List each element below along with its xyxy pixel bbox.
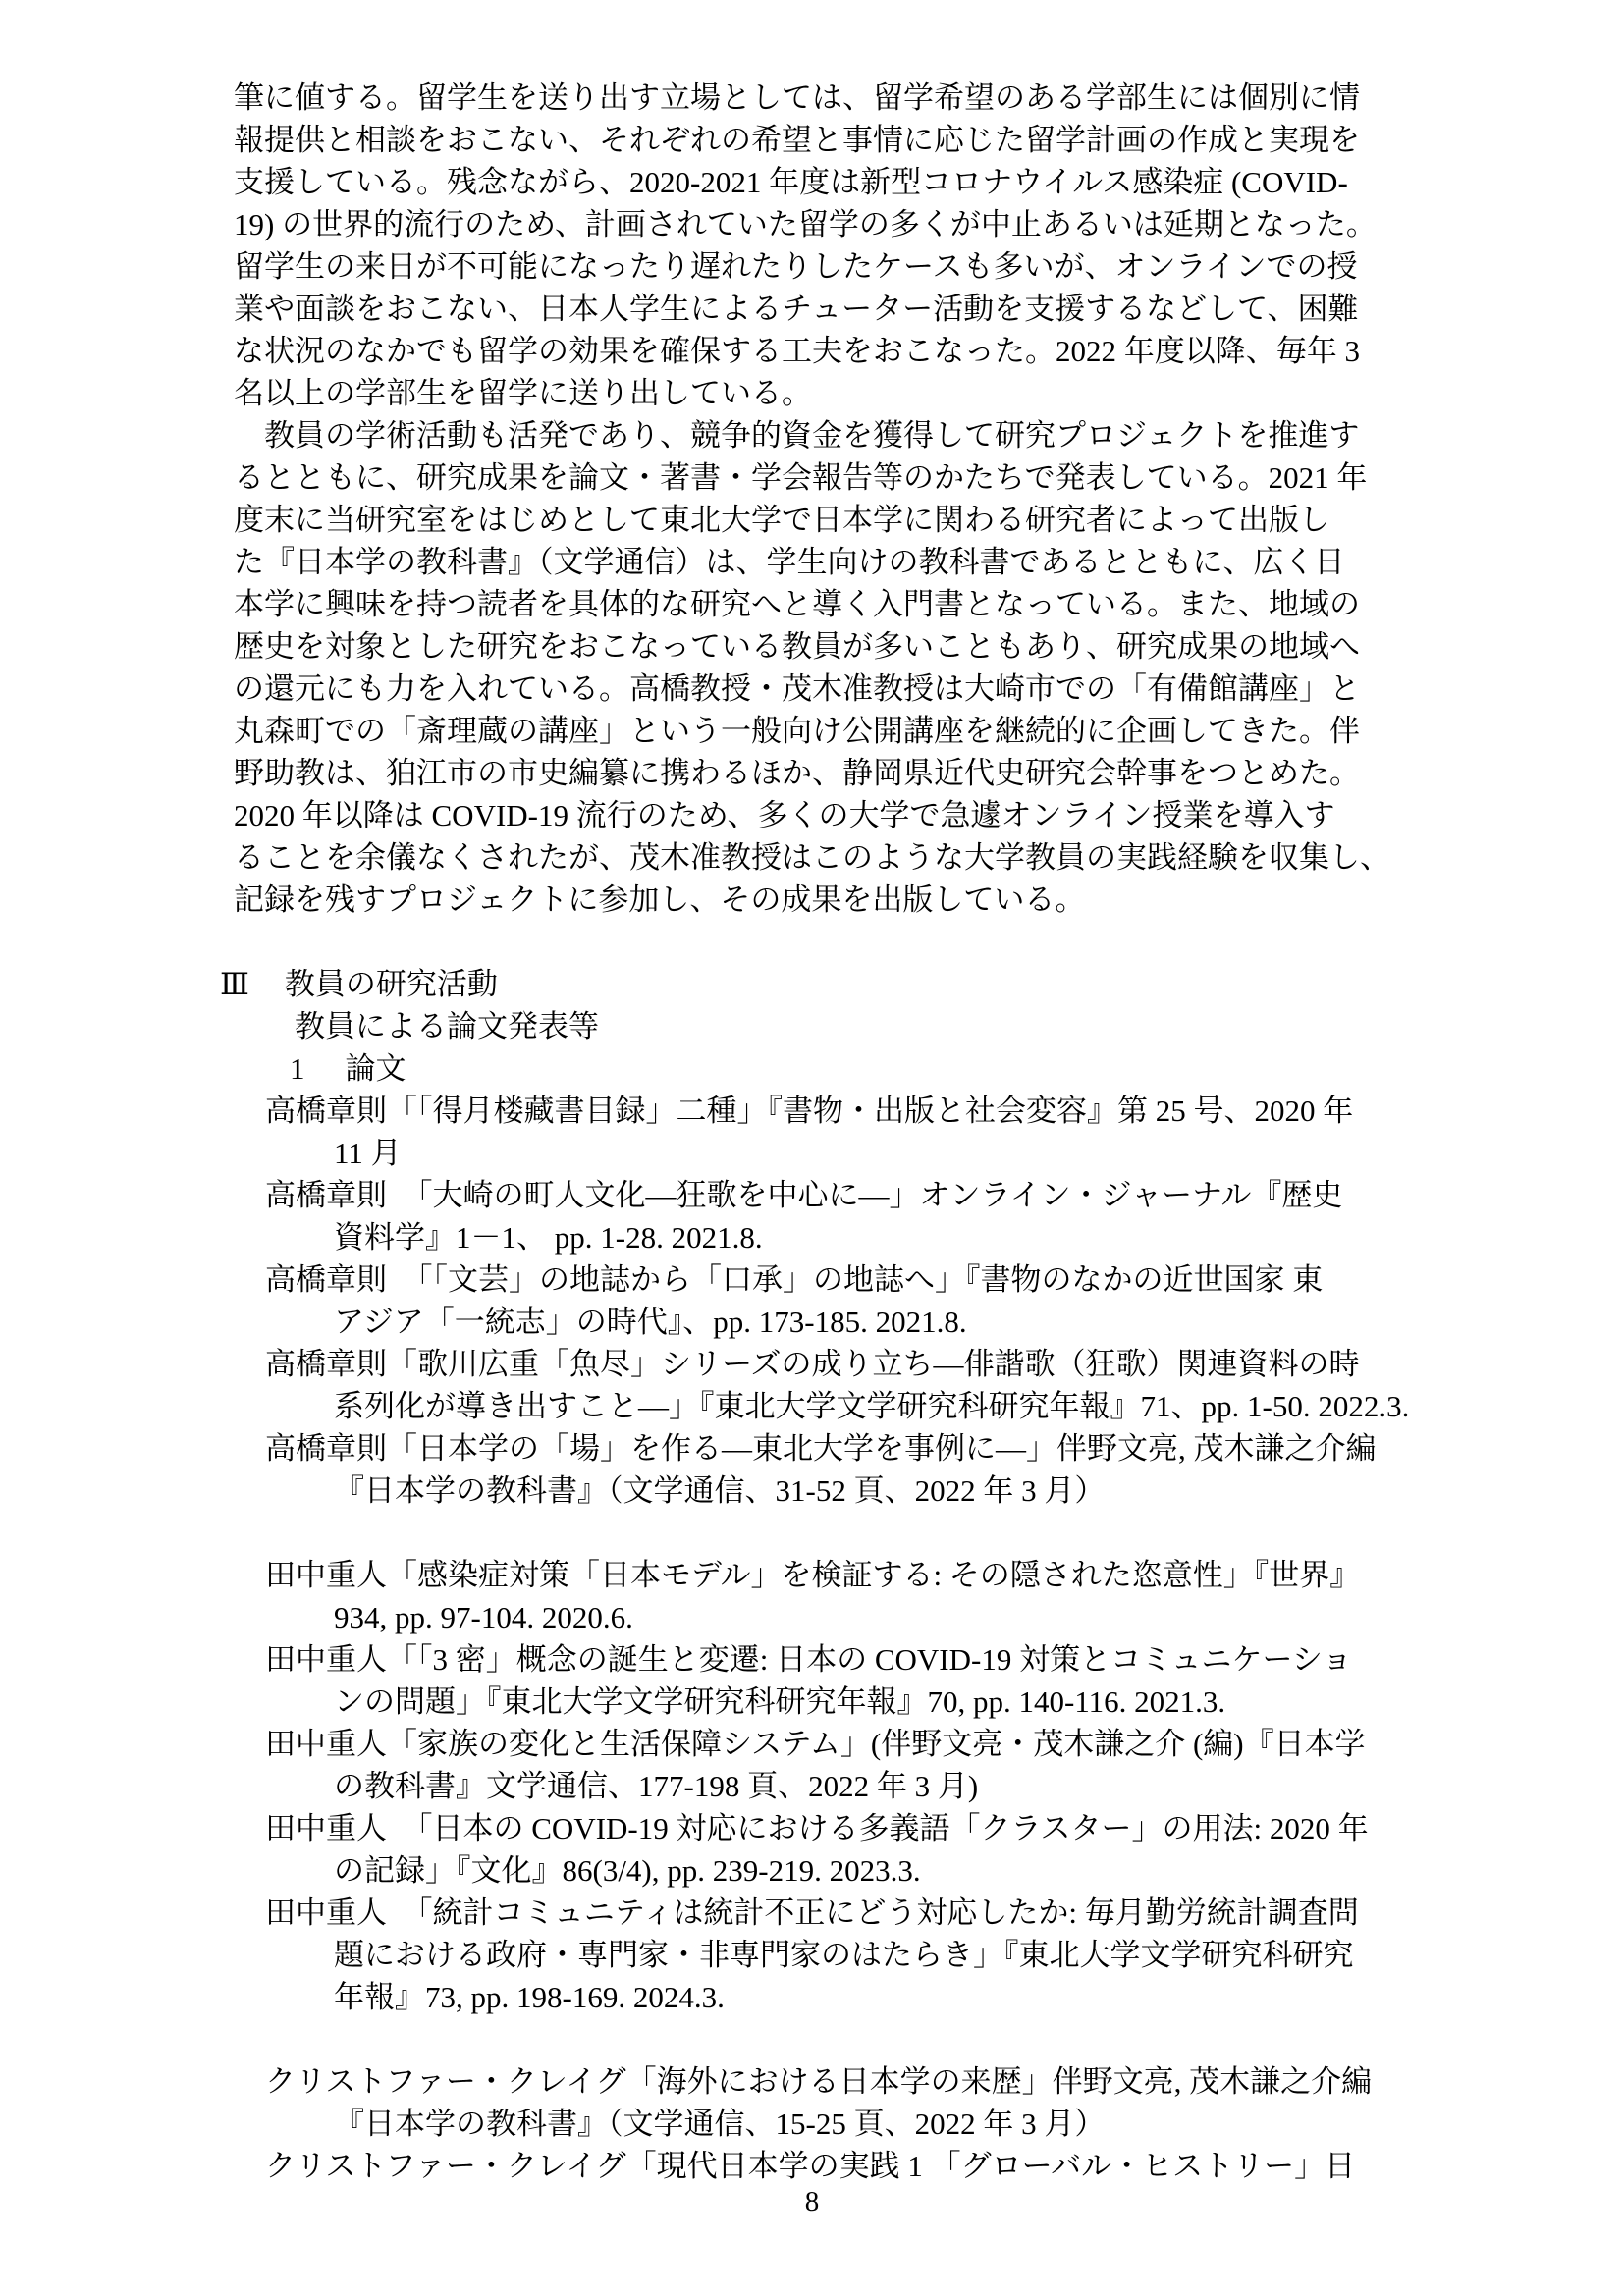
publication-entry: 高橋章則 「「文芸」の地誌から「口承」の地誌へ」『書物のなかの近世国家 東 アジ…: [265, 1258, 1510, 1343]
publication-entry: 高橋章則「「得月楼藏書目録」二種」『書物・出版と社会変容』第 25 号、2020…: [265, 1090, 1510, 1174]
page-content: 筆に値する。留学生を送り出す立場としては、留学希望のある学部生には個別に情 報提…: [234, 77, 1510, 2187]
list-label: 1論文: [290, 1047, 1510, 1090]
body-paragraph: 教員の学術活動も活発であり、競争的資金を獲得して研究プロジェクトを推進す るとと…: [234, 414, 1510, 921]
publication-entry: 田中重人「「3 密」概念の誕生と変遷: 日本の COVID-19 対策とコミュニ…: [265, 1638, 1510, 1723]
section-numeral: Ⅲ: [220, 967, 249, 1001]
publication-entry: 高橋章則「日本学の「場」を作る―東北大学を事例に―」伴野文亮, 茂木謙之介編 『…: [265, 1427, 1510, 1512]
list-label-number: 1: [290, 1051, 305, 1086]
publication-entry: 高橋章則 「大崎の町人文化―狂歌を中心に―」オンライン・ジャーナル『歴史 資料学…: [265, 1174, 1510, 1258]
section-subtitle: 教員による論文発表等: [295, 1005, 1510, 1047]
publication-entry: 田中重人 「日本の COVID-19 対応における多義語「クラスター」の用法: …: [265, 1807, 1510, 1892]
publication-entry: 高橋章則「歌川広重「魚尽」シリーズの成り立ち―俳諧歌（狂歌）関連資料の時 系列化…: [265, 1343, 1510, 1427]
publication-entry: 田中重人「家族の変化と生活保障システム」(伴野文亮・茂木謙之介 (編)『日本学 …: [265, 1723, 1510, 1807]
publication-group-craig: クリストファー・クレイグ「海外における日本学の来歴」伴野文亮, 茂木謙之介編 『…: [265, 2060, 1510, 2187]
publication-group-tanaka: 田中重人「感染症対策「日本モデル」を検証する: その隠された恣意性」『世界』 9…: [265, 1554, 1510, 2018]
publication-entry: 田中重人 「統計コミュニティは統計不正にどう対応したか: 毎月勤労統計調査問 題…: [265, 1892, 1510, 2018]
publication-group-takahashi: 高橋章則「「得月楼藏書目録」二種」『書物・出版と社会変容』第 25 号、2020…: [265, 1090, 1510, 1512]
publication-entry: クリストファー・クレイグ「海外における日本学の来歴」伴野文亮, 茂木謙之介編 『…: [265, 2060, 1510, 2145]
section-heading: Ⅲ教員の研究活動: [220, 963, 1510, 1005]
publication-entry: 田中重人「感染症対策「日本モデル」を検証する: その隠された恣意性」『世界』 9…: [265, 1554, 1510, 1638]
document-page: 筆に値する。留学生を送り出す立場としては、留学希望のある学部生には個別に情 報提…: [0, 0, 1624, 2296]
page-number: 8: [0, 2181, 1624, 2223]
body-paragraph: 筆に値する。留学生を送り出す立場としては、留学希望のある学部生には個別に情 報提…: [234, 77, 1510, 414]
section-title: 教員の研究活動: [285, 967, 498, 1001]
list-label-title: 論文: [346, 1051, 406, 1086]
